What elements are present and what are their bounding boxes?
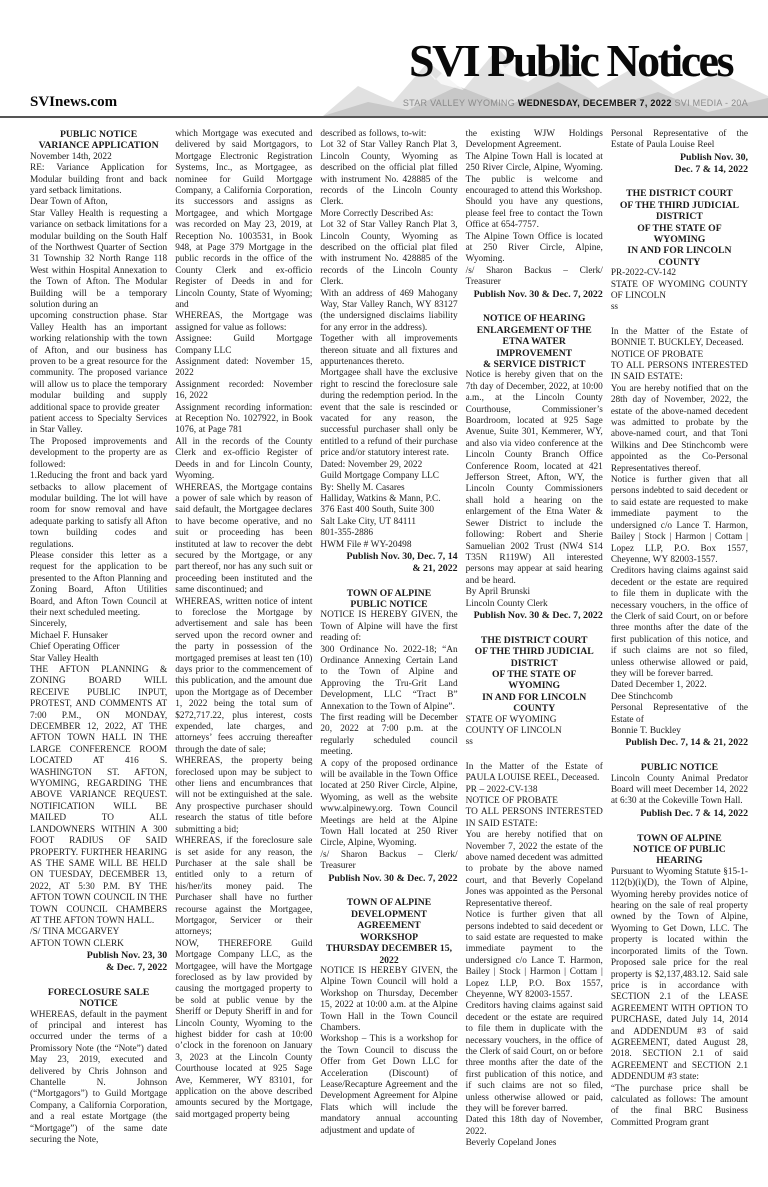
notice-paragraph: Notice is further given that all persons… <box>466 910 603 1001</box>
publish-line: Publish Dec. 7 & 14, 2022 <box>611 808 748 820</box>
notice-paragraph: Assignee: Guild Mortgage Company LLC <box>175 334 312 357</box>
notice-paragraph: WHEREAS, the Mortgage contains a power o… <box>175 483 312 597</box>
masthead-date: WEDNESDAY, DECEMBER 7, 2022 <box>518 98 672 108</box>
notice-paragraph: Assignment dated: November 15, 2022 <box>175 357 312 380</box>
notice-paragraph: NOTICE IS HEREBY GIVEN, the Town of Alpi… <box>320 610 457 644</box>
notice-paragraph: A copy of the proposed ordinance will be… <box>320 759 457 850</box>
notice-paragraph: Together with all improvements thereon s… <box>320 334 457 368</box>
notice-gap <box>320 884 457 897</box>
notice-gap <box>611 314 748 327</box>
newspaper-page: SVI Public Notices SVInews.com STAR VALL… <box>0 0 768 1179</box>
notices-columns: PUBLIC NOTICE VARIANCE APPLICATIONNovemb… <box>0 118 768 1179</box>
notice-paragraph: In the Matter of the Estate of BONNIE T.… <box>611 327 748 350</box>
notice-paragraph: Personal Representative of the Estate of <box>611 703 748 726</box>
news-column-1: PUBLIC NOTICE VARIANCE APPLICATIONNovemb… <box>30 129 167 1179</box>
publish-line: Publish Nov. 30 & Dec. 7, 2022 <box>466 289 603 301</box>
notice-paragraph: AFTON TOWN CLERK <box>30 939 167 950</box>
notice-paragraph: Star Valley Health <box>30 654 167 665</box>
notice-paragraph: Mortgagee shall have the exclusive right… <box>320 368 457 459</box>
notice-paragraph: Michael F. Hunsaker <box>30 631 167 642</box>
notice-paragraph: Dated: November 29, 2022 <box>320 460 457 471</box>
notice-paragraph: 1.Reducing the front and back yard setba… <box>30 471 167 551</box>
notice-heading: TOWN OF ALPINE DEVELOPMENT AGREEMENT WOR… <box>320 897 457 965</box>
notice-paragraph: By April Brunski <box>466 587 603 598</box>
notice-heading: NOTICE OF HEARING ENLARGEMENT OF THE ETN… <box>466 313 603 370</box>
notice-paragraph: Personal Representative of the Estate of… <box>611 129 748 152</box>
notice-paragraph: By: Shelly M. Casares <box>320 483 457 494</box>
masthead-location: STAR VALLEY WYOMING <box>403 98 518 108</box>
notice-paragraph: The first reading will be December 20, 2… <box>320 713 457 759</box>
notice-paragraph: 801-355-2886 <box>320 528 457 539</box>
masthead-dateline: STAR VALLEY WYOMING WEDNESDAY, DECEMBER … <box>403 98 748 108</box>
notice-paragraph: ss <box>466 737 603 748</box>
publish-line: Publish Nov. 30, Dec. 7, 14 & 21, 2022 <box>320 551 457 575</box>
notice-paragraph: 300 Ordinance No. 2022-18; “An Ordinance… <box>320 645 457 713</box>
notice-heading: FORECLOSURE SALE NOTICE <box>30 987 167 1010</box>
notice-paragraph: NOTICE IS HEREBY GIVEN, the Alpine Town … <box>320 966 457 1034</box>
notice-paragraph: Dated December 1, 2022. <box>611 680 748 691</box>
notice-paragraph: NOW, THEREFORE Guild Mortgage Company LL… <box>175 939 312 1122</box>
notice-paragraph: In the Matter of the Estate of PAULA LOU… <box>466 762 603 785</box>
notice-paragraph: Pursuant to Wyoming Statute §15-1-112(b)… <box>611 867 748 1084</box>
notice-paragraph: Creditors having claims against said dec… <box>611 566 748 680</box>
notice-paragraph: You are hereby notified that on November… <box>466 830 603 910</box>
notice-paragraph: Workshop – This is a workshop for the To… <box>320 1034 457 1137</box>
notice-paragraph: Assignment recording information: at Rec… <box>175 403 312 437</box>
notice-paragraph: Should you have any questions, please fe… <box>466 197 603 231</box>
notice-gap <box>466 300 603 313</box>
notice-paragraph: RE: Variance Application for Modular bui… <box>30 163 167 197</box>
notice-paragraph: Assignment recorded: November 16, 2022 <box>175 380 312 403</box>
notice-paragraph: STATE OF WYOMING <box>466 715 603 726</box>
notice-paragraph: STATE OF WYOMING COUNTY OF LINCOLN <box>611 280 748 303</box>
notice-gap <box>611 820 748 833</box>
publish-line: Publish Nov. 30 & Dec. 7, 2022 <box>466 610 603 622</box>
notice-paragraph: Beverly Copeland Jones <box>466 1138 603 1149</box>
site-url: SVInews.com <box>30 94 117 111</box>
notice-paragraph: Dee Stinchcomb <box>611 692 748 703</box>
notice-paragraph: TO ALL PERSONS INTERESTED IN SAID ESTATE… <box>611 361 748 384</box>
notice-gap <box>611 749 748 762</box>
news-column-2: which Mortgage was executed and delivere… <box>175 129 312 1179</box>
masthead-edition: SVI MEDIA - 20A <box>672 98 748 108</box>
notice-paragraph: Salt Lake City, UT 84111 <box>320 517 457 528</box>
notice-paragraph: Bonnie T. Buckley <box>611 726 748 737</box>
news-column-4: the existing WJW Holdings Development Ag… <box>466 129 603 1179</box>
notice-paragraph: Dear Town of Afton, <box>30 197 167 208</box>
notice-paragraph: NOTICE OF PROBATE <box>611 350 748 361</box>
notice-paragraph: Please consider this letter as a request… <box>30 551 167 619</box>
masthead: SVI Public Notices SVInews.com STAR VALL… <box>0 0 768 118</box>
notice-paragraph: PR-2022-CV-142 <box>611 268 748 279</box>
notice-paragraph: “The purchase price shall be calculated … <box>611 1084 748 1130</box>
notice-heading: PUBLIC NOTICE VARIANCE APPLICATION <box>30 129 167 152</box>
publish-line: Publish Nov. 23, 30 & Dec. 7, 2022 <box>30 950 167 974</box>
notice-gap <box>466 622 603 635</box>
notice-paragraph: Lot 32 of Star Valley Ranch Plat 3, Linc… <box>320 220 457 288</box>
notice-paragraph: Halliday, Watkins & Mann, P.C. <box>320 494 457 505</box>
notice-paragraph: Dated this 18th day of November, 2022. <box>466 1115 603 1138</box>
notice-paragraph: More Correctly Described As: <box>320 209 457 220</box>
notice-paragraph: WHEREAS, the property being foreclosed u… <box>175 756 312 836</box>
notice-heading: PUBLIC NOTICE <box>611 762 748 773</box>
notice-paragraph: NOTICE OF PROBATE <box>466 796 603 807</box>
notice-paragraph: PR – 2022-CV-138 <box>466 785 603 796</box>
page-title: SVI Public Notices <box>30 38 748 85</box>
notice-paragraph: The Alpine Town Hall is located at 250 R… <box>466 152 603 198</box>
notice-paragraph: Notice is hereby given that on the 7th d… <box>466 370 603 587</box>
notice-paragraph: ss <box>611 302 748 313</box>
notice-paragraph: With an address of 469 Mahogany Way, Sta… <box>320 289 457 335</box>
notice-heading: TOWN OF ALPINE NOTICE OF PUBLIC HEARING <box>611 833 748 867</box>
notice-paragraph: the existing WJW Holdings Development Ag… <box>466 129 603 152</box>
notice-paragraph: WHEREAS, the Mortgage was assigned for v… <box>175 311 312 334</box>
notice-paragraph: Star Valley Health is requesting a varia… <box>30 209 167 312</box>
notice-gap <box>466 749 603 762</box>
notice-paragraph: The Proposed improvements and developmen… <box>30 437 167 471</box>
notice-heading: TOWN OF ALPINE PUBLIC NOTICE <box>320 588 457 611</box>
notice-gap <box>30 974 167 987</box>
notice-paragraph: Chief Operating Officer <box>30 642 167 653</box>
notice-paragraph: Notice is further given that all persons… <box>611 475 748 566</box>
notice-paragraph: THE AFTON PLANNING & ZONING BOARD WILL R… <box>30 665 167 927</box>
notice-paragraph: HWM File # WY-20498 <box>320 540 457 551</box>
publish-line: Publish Nov. 30, Dec. 7 & 14, 2022 <box>611 152 748 176</box>
notice-paragraph: November 14th, 2022 <box>30 152 167 163</box>
notice-paragraph: /s/ Sharon Backus – Clerk/ Treasurer <box>320 850 457 873</box>
notice-paragraph: Guild Mortgage Company LLC <box>320 471 457 482</box>
notice-gap <box>320 575 457 588</box>
notice-paragraph: /s/ Sharon Backus – Clerk/ Treasurer <box>466 266 603 289</box>
notice-paragraph: /S/ TINA MCGARVEY <box>30 927 167 938</box>
notice-paragraph: Lincoln County Clerk <box>466 599 603 610</box>
news-column-3: described as follows, to-wit:Lot 32 of S… <box>320 129 457 1179</box>
notice-paragraph: All in the records of the County Clerk a… <box>175 437 312 483</box>
notice-paragraph: Sincerely, <box>30 619 167 630</box>
notice-paragraph: patient access to Specialty Services in … <box>30 414 167 437</box>
publish-line: Publish Dec. 7, 14 & 21, 2022 <box>611 737 748 749</box>
notice-gap <box>611 175 748 188</box>
notice-paragraph: upcoming construction phase. Star Valley… <box>30 311 167 414</box>
notice-paragraph: Creditors having claims against said dec… <box>466 1001 603 1115</box>
notice-paragraph: The Alpine Town Office is located at 250… <box>466 232 603 266</box>
notice-paragraph: WHEREAS, written notice of intent to for… <box>175 597 312 757</box>
notice-paragraph: TO ALL PERSONS INTERESTED IN SAID ESTATE… <box>466 807 603 830</box>
notice-paragraph: WHEREAS, if the foreclosure sale is set … <box>175 836 312 939</box>
publish-line: Publish Nov. 30 & Dec. 7, 2022 <box>320 873 457 885</box>
news-column-5: Personal Representative of the Estate of… <box>611 129 748 1179</box>
notice-paragraph: Lincoln County Animal Predator Board wil… <box>611 774 748 808</box>
notice-heading: THE DISTRICT COURT OF THE THIRD JUDICIAL… <box>466 635 603 715</box>
notice-paragraph: Lot 32 of Star Valley Ranch Plat 3, Linc… <box>320 140 457 208</box>
notice-paragraph: COUNTY OF LINCOLN <box>466 726 603 737</box>
notice-paragraph: which Mortgage was executed and delivere… <box>175 129 312 312</box>
notice-paragraph: You are hereby notified that on the 28th… <box>611 384 748 475</box>
notice-paragraph: described as follows, to-wit: <box>320 129 457 140</box>
masthead-meta-row: SVInews.com STAR VALLEY WYOMING WEDNESDA… <box>30 94 748 116</box>
notice-paragraph: 376 East 400 South, Suite 300 <box>320 505 457 516</box>
notice-heading: THE DISTRICT COURT OF THE THIRD JUDICIAL… <box>611 188 748 268</box>
notice-paragraph: WHEREAS, default in the payment of princ… <box>30 1010 167 1147</box>
